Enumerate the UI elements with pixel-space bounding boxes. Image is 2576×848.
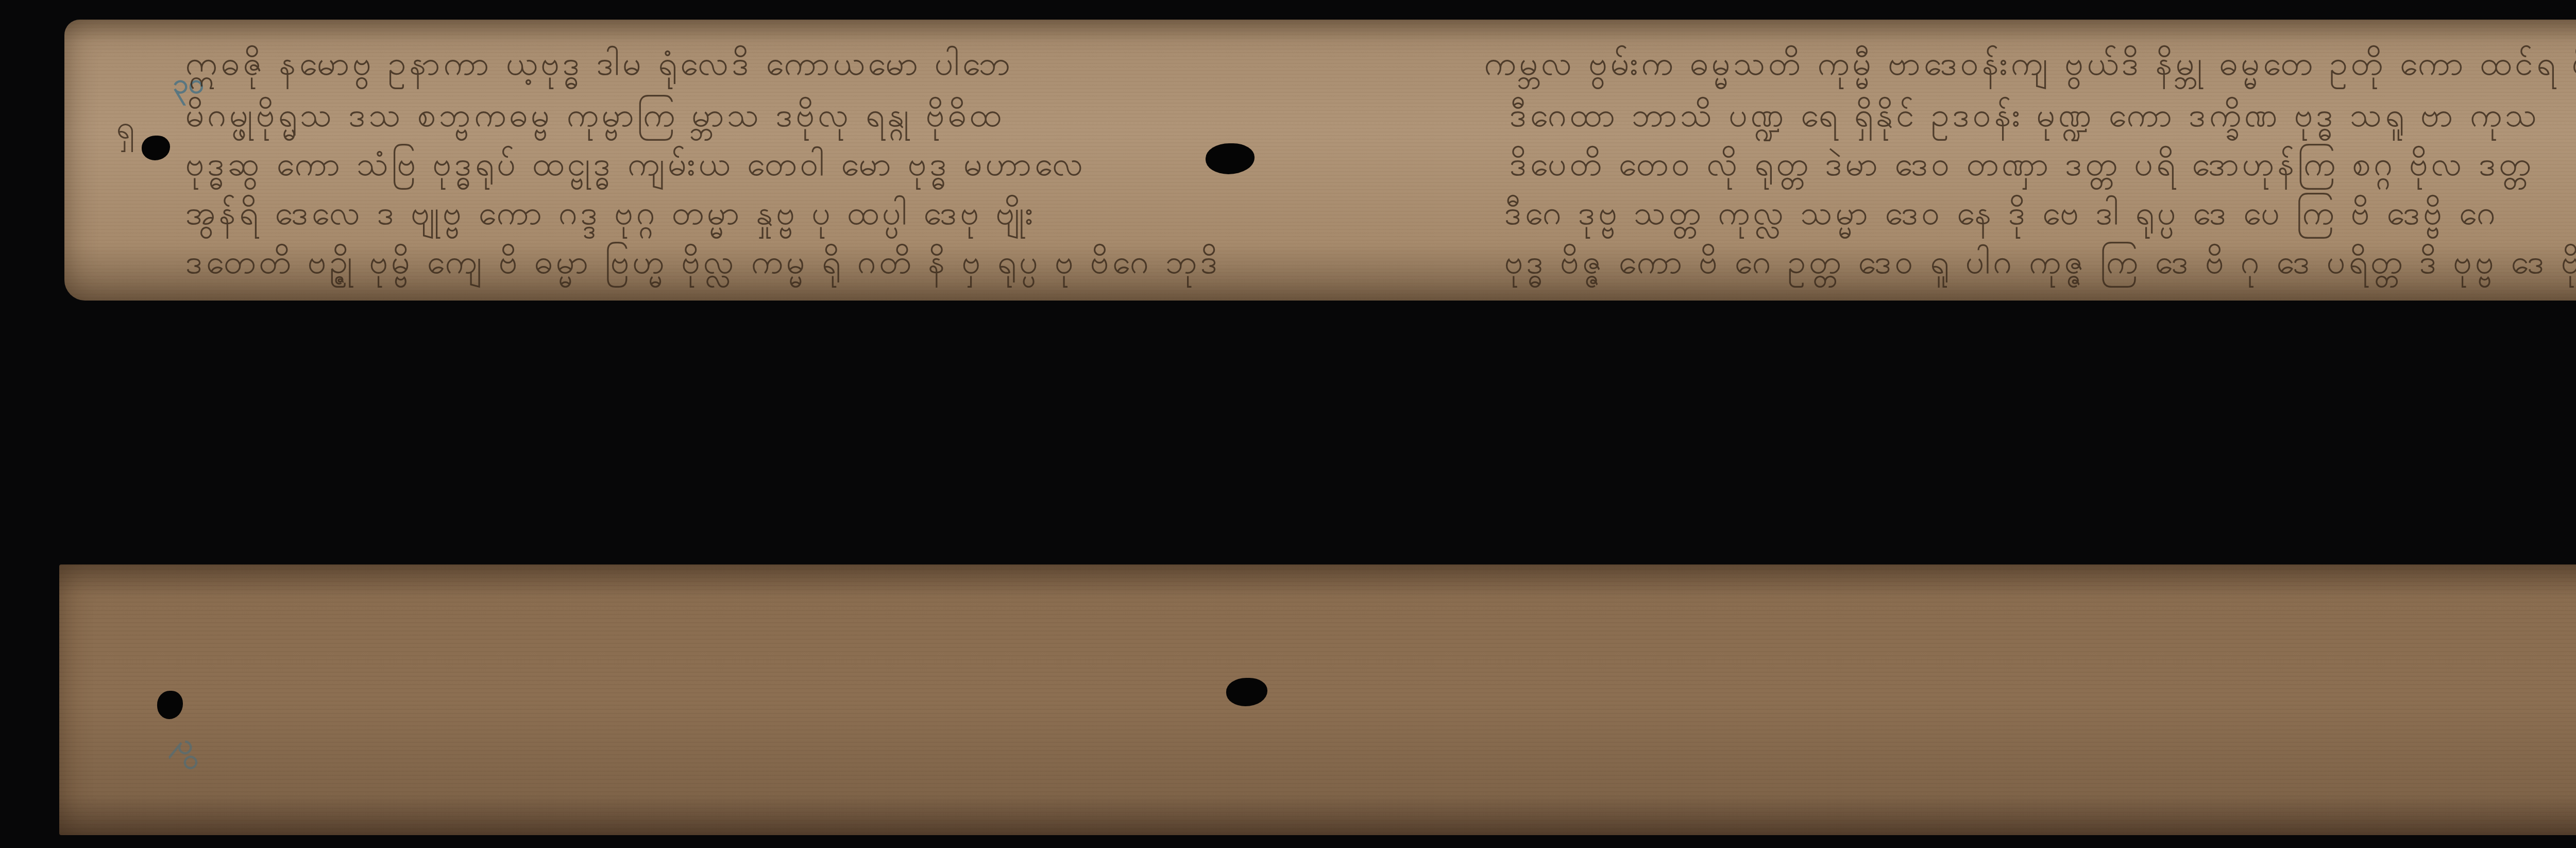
bottom-palm-leaf: ၃၀ ၃၀ — [59, 564, 2576, 835]
top-palm-leaf: ရှ ၃၀ ၃၀ ဣဓဇို နမောဗွ ဥနာကာ ယ့ဗုဒ္ဓ ဒါမ … — [64, 20, 2576, 301]
binding-hole-center — [1226, 678, 1267, 706]
leaf-signature: ရှ — [116, 107, 134, 154]
binding-hole-left — [142, 136, 170, 160]
binding-hole-center — [1206, 143, 1255, 174]
binding-hole-left — [157, 691, 183, 719]
blue-stamp-left: ၃၀ — [164, 733, 213, 776]
